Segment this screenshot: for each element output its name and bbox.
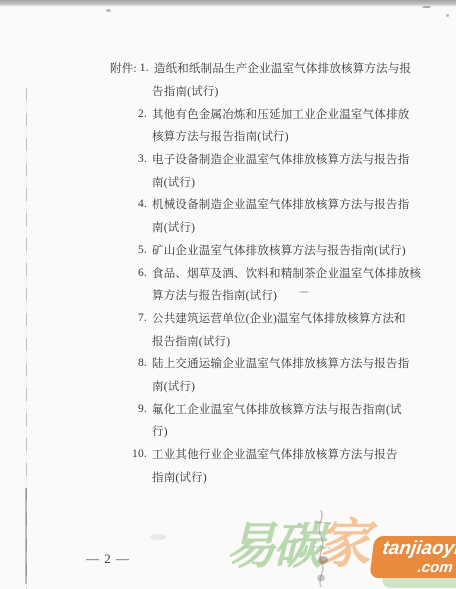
scan-speck	[422, 6, 431, 8]
line-text: 工业其他行业企业温室气体排放核算方法与报告	[152, 446, 398, 462]
attachment-line: 南(试行)	[110, 170, 440, 193]
scan-speck	[446, 14, 449, 17]
line-text: 公共建筑运营单位(企业)温室气体排放核算方法和	[152, 310, 406, 326]
scan-fold-line-dark	[25, 488, 27, 584]
line-text: 行)	[152, 423, 168, 439]
pen-scribble-mark	[300, 508, 344, 589]
line-text: 算方法与报告指南(试行)	[152, 287, 277, 303]
attachment-line: 8.陆上交通运输企业温室气体排放核算方法与报告指	[110, 352, 440, 375]
attachment-line: 告指南(试行)	[110, 80, 440, 103]
item-number: 7.	[110, 312, 152, 324]
attachment-line: 5.矿山企业温室气体排放核算方法与报告指南(试行)	[110, 239, 440, 262]
line-text: 南(试行)	[152, 219, 195, 235]
item-number: 10.	[110, 448, 152, 460]
watermark-badge: tanjiaoyi .com	[369, 536, 456, 578]
attachment-line: 报告指南(试行)	[110, 329, 440, 352]
attachment-label: 附件:	[110, 60, 137, 76]
line-text: 告指南(试行)	[152, 83, 219, 99]
line-text: 矿山企业温室气体排放核算方法与报告指南(试行)	[152, 242, 406, 258]
attachment-line: 2.其他有色金属冶炼和压延加工业企业温室气体排放	[110, 102, 440, 125]
watermark-domain-text: tanjiaoyi	[380, 538, 456, 559]
item-number: 1.	[140, 62, 149, 74]
attachment-line: 9.氟化工企业温室气体排放核算方法与报告指南(试	[110, 397, 440, 420]
line-text: 机械设备制造企业温室气体排放核算方法与报告指	[152, 196, 409, 212]
line-text: 核算方法与报告指南(试行)	[152, 128, 289, 144]
item-number: 6.	[110, 267, 152, 279]
item-number: 9.	[110, 403, 152, 415]
line-text: 南(试行)	[152, 378, 195, 394]
line-text: 指南(试行)	[152, 469, 207, 485]
line-text: 造纸和纸制品生产企业温室气体排放核算方法与报	[154, 60, 411, 76]
line-text: 电子设备制造企业温室气体排放核算方法与报告指	[152, 151, 409, 167]
attachment-line: 行)	[110, 420, 440, 443]
attachment-line: 算方法与报告指南(试行)	[110, 284, 440, 307]
attachment-line: 4.机械设备制造企业温室气体排放核算方法与报告指	[110, 193, 440, 216]
attachment-line: 南(试行)	[110, 216, 440, 239]
item-number: 5.	[110, 244, 152, 256]
item-number: 4.	[110, 198, 152, 210]
line-text: 报告指南(试行)	[152, 333, 230, 349]
attachment-list: 附件:1.造纸和纸制品生产企业温室气体排放核算方法与报 告指南(试行) 2.其他…	[110, 57, 440, 488]
line-text: 食品、烟草及酒、饮料和精制茶企业温室气体排放核	[152, 265, 421, 281]
attachment-line: 6.食品、烟草及酒、饮料和精制茶企业温室气体排放核	[110, 261, 440, 284]
attachment-line: 10.工业其他行业企业温室气体排放核算方法与报告	[110, 443, 440, 466]
attachment-line: 指南(试行)	[110, 465, 440, 488]
item-number: 2.	[110, 108, 152, 120]
document-page: 附件:1.造纸和纸制品生产企业温室气体排放核算方法与报 告指南(试行) 2.其他…	[0, 0, 456, 589]
scan-top-edge	[0, 0, 456, 7]
attachment-line: 附件:1.造纸和纸制品生产企业温室气体排放核算方法与报	[110, 57, 440, 80]
watermark-domain-tld: .com	[378, 559, 456, 576]
line-text: 南(试行)	[152, 174, 195, 190]
attachment-line: 南(试行)	[110, 375, 440, 398]
scan-speck	[150, 534, 166, 540]
scan-speck	[106, 9, 111, 12]
attachment-line: 核算方法与报告指南(试行)	[110, 125, 440, 148]
line-text: 氟化工企业温室气体排放核算方法与报告指南(试	[152, 401, 402, 417]
line-text: 陆上交通运输企业温室气体排放核算方法与报告指	[152, 355, 409, 371]
item-number: 8.	[110, 357, 152, 369]
attachment-line: 3.电子设备制造企业温室气体排放核算方法与报告指	[110, 148, 440, 171]
line-text: 其他有色金属冶炼和压延加工业企业温室气体排放	[152, 106, 409, 122]
item-number: 3.	[110, 153, 152, 165]
page-number: — 2 —	[86, 551, 130, 567]
attachment-line: 7.公共建筑运营单位(企业)温室气体排放核算方法和	[110, 307, 440, 330]
